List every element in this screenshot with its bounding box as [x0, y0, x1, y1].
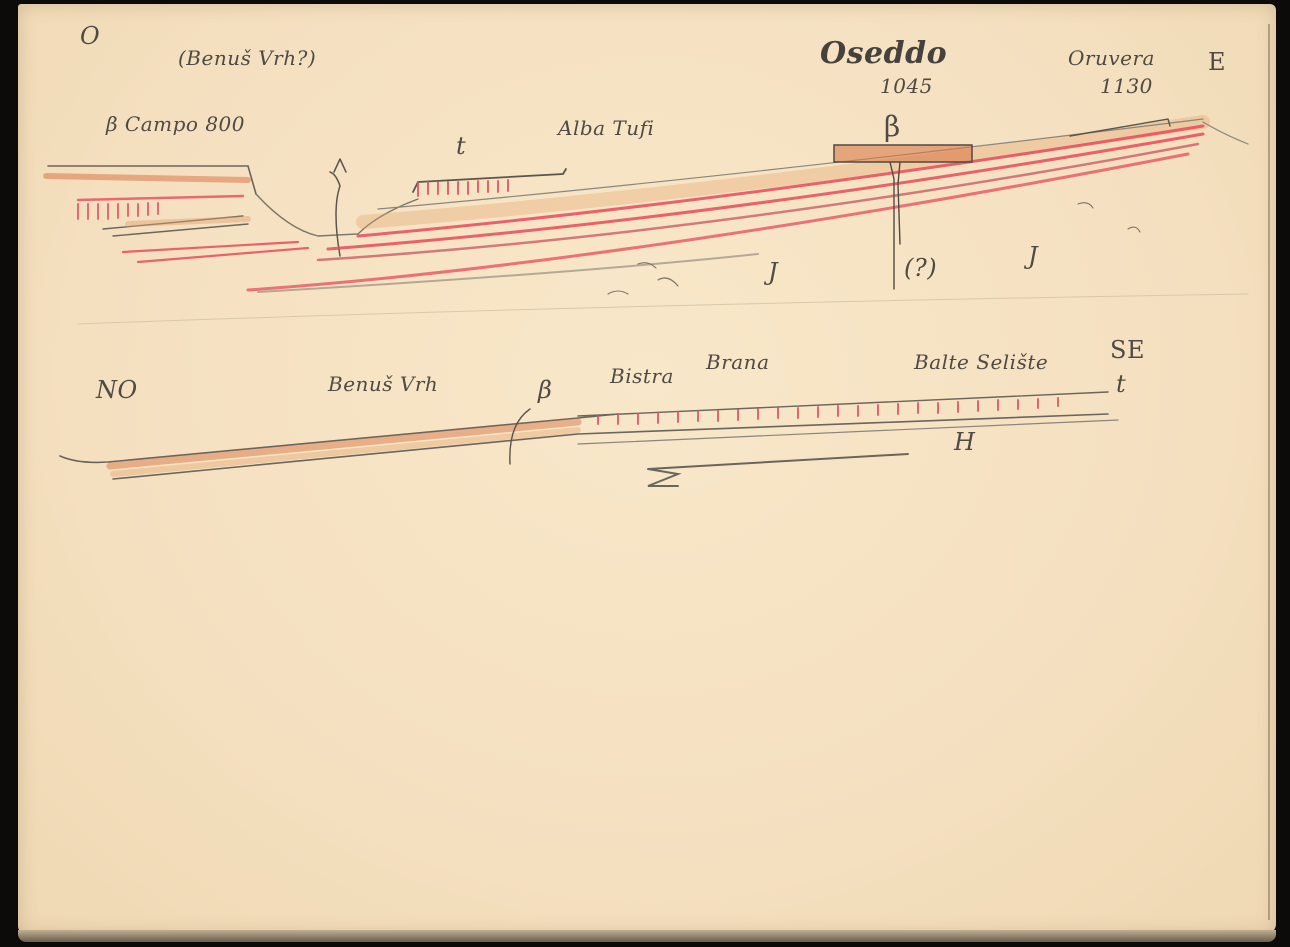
bistra-label: Bistra: [610, 364, 674, 388]
orientation-east-label: E: [1208, 48, 1226, 76]
beta-symbol-benus: β: [538, 376, 552, 404]
beta-symbol-oseddo: β: [884, 110, 901, 143]
brana-label: Brana: [706, 350, 770, 374]
orientation-northwest-label: NO: [96, 376, 138, 404]
h-label: H: [954, 428, 975, 456]
question-label: (?): [904, 254, 937, 282]
alba-tufi-label: Alba Tufi: [558, 116, 654, 140]
oseddo-label: Oseddo: [820, 36, 947, 71]
balte-seliste-label: Balte Selište: [914, 350, 1048, 374]
t-label: t: [456, 132, 466, 160]
t-label-section2: t: [1116, 370, 1126, 398]
section-1-drawing: [46, 119, 1248, 324]
oruvera-elevation: 1130: [1100, 74, 1153, 98]
benus-vrh-label: Benuš Vrh: [328, 372, 438, 396]
bracket-note-label: (Benuš Vrh?): [178, 46, 316, 70]
orientation-west-label: O: [80, 22, 100, 50]
notebook-page: O (Benuš Vrh?) β Campo 800 t Alba Tufi O…: [18, 4, 1276, 934]
campo-label: β Campo 800: [106, 112, 245, 136]
oruvera-label: Oruvera: [1068, 46, 1155, 70]
oseddo-elevation: 1045: [880, 74, 933, 98]
j-label-right: J: [1028, 242, 1038, 270]
orientation-southeast-label: SE: [1110, 336, 1145, 364]
j-label-left: J: [768, 258, 778, 286]
